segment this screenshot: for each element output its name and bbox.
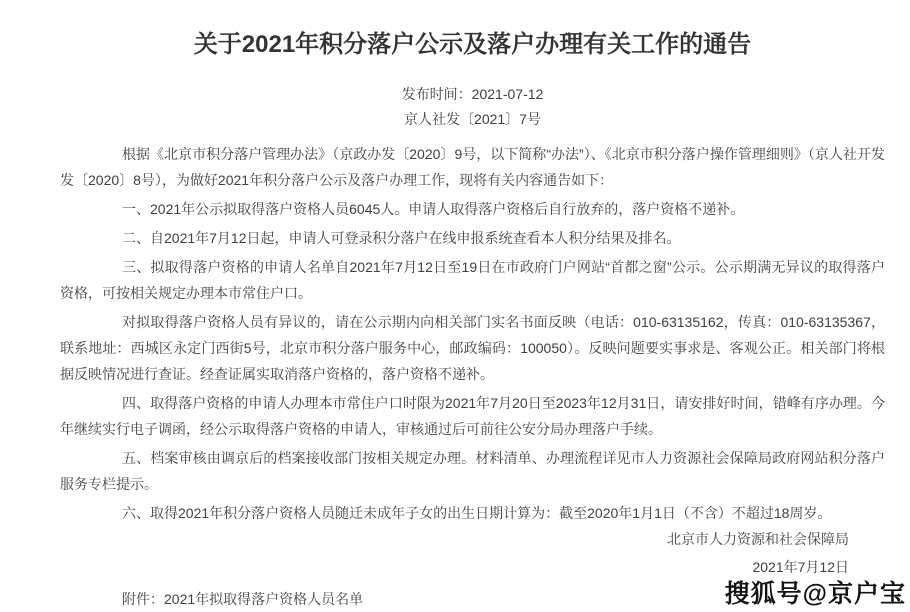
signature-block: 北京市人力资源和社会保障局 2021年7月12日 (60, 529, 885, 577)
notice-paragraph: 一、2021年公示拟取得落户资格人员6045人。申请人取得落户资格后自行放弃的，… (60, 196, 885, 222)
issuing-authority: 北京市人力资源和社会保障局 (60, 529, 849, 549)
page-title: 关于2021年积分落户公示及落户办理有关工作的通告 (60, 31, 885, 59)
notice-page: 关于2021年积分落户公示及落户办理有关工作的通告 发布时间：2021-07-1… (0, 0, 910, 612)
notice-paragraph: 二、自2021年7月12日起，申请人可登录积分落户在线申报系统查看本人积分结果及… (60, 225, 885, 251)
publish-date: 发布时间：2021-07-12 (60, 86, 885, 102)
notice-body: 根据《北京市积分落户管理办法》（京政办发〔2020〕9号，以下简称“办法”）、《… (60, 141, 885, 526)
notice-paragraph: 对拟取得落户资格人员有异议的，请在公示期内向相关部门实名书面反映（电话：010-… (60, 309, 885, 387)
notice-paragraph: 四、取得落户资格的申请人办理本市常住户口时限为2021年7月20日至2023年1… (60, 390, 885, 442)
doc-number: 京人社发〔2021〕7号 (60, 111, 885, 127)
notice-paragraph: 三、拟取得落户资格的申请人名单自2021年7月12日至19日在市政府门户网站“首… (60, 254, 885, 306)
notice-paragraph: 五、档案审核由调京后的档案接收部门按相关规定办理。材料清单、办理流程详见市人力资… (60, 445, 885, 497)
sohu-watermark: 搜狐号@京户宝 (725, 574, 906, 610)
notice-paragraph: 六、取得2021年积分落户资格人员随迁未成年子女的出生日期计算为：截至2020年… (60, 500, 885, 526)
notice-paragraph: 根据《北京市积分落户管理办法》（京政办发〔2020〕9号，以下简称“办法”）、《… (60, 141, 885, 193)
